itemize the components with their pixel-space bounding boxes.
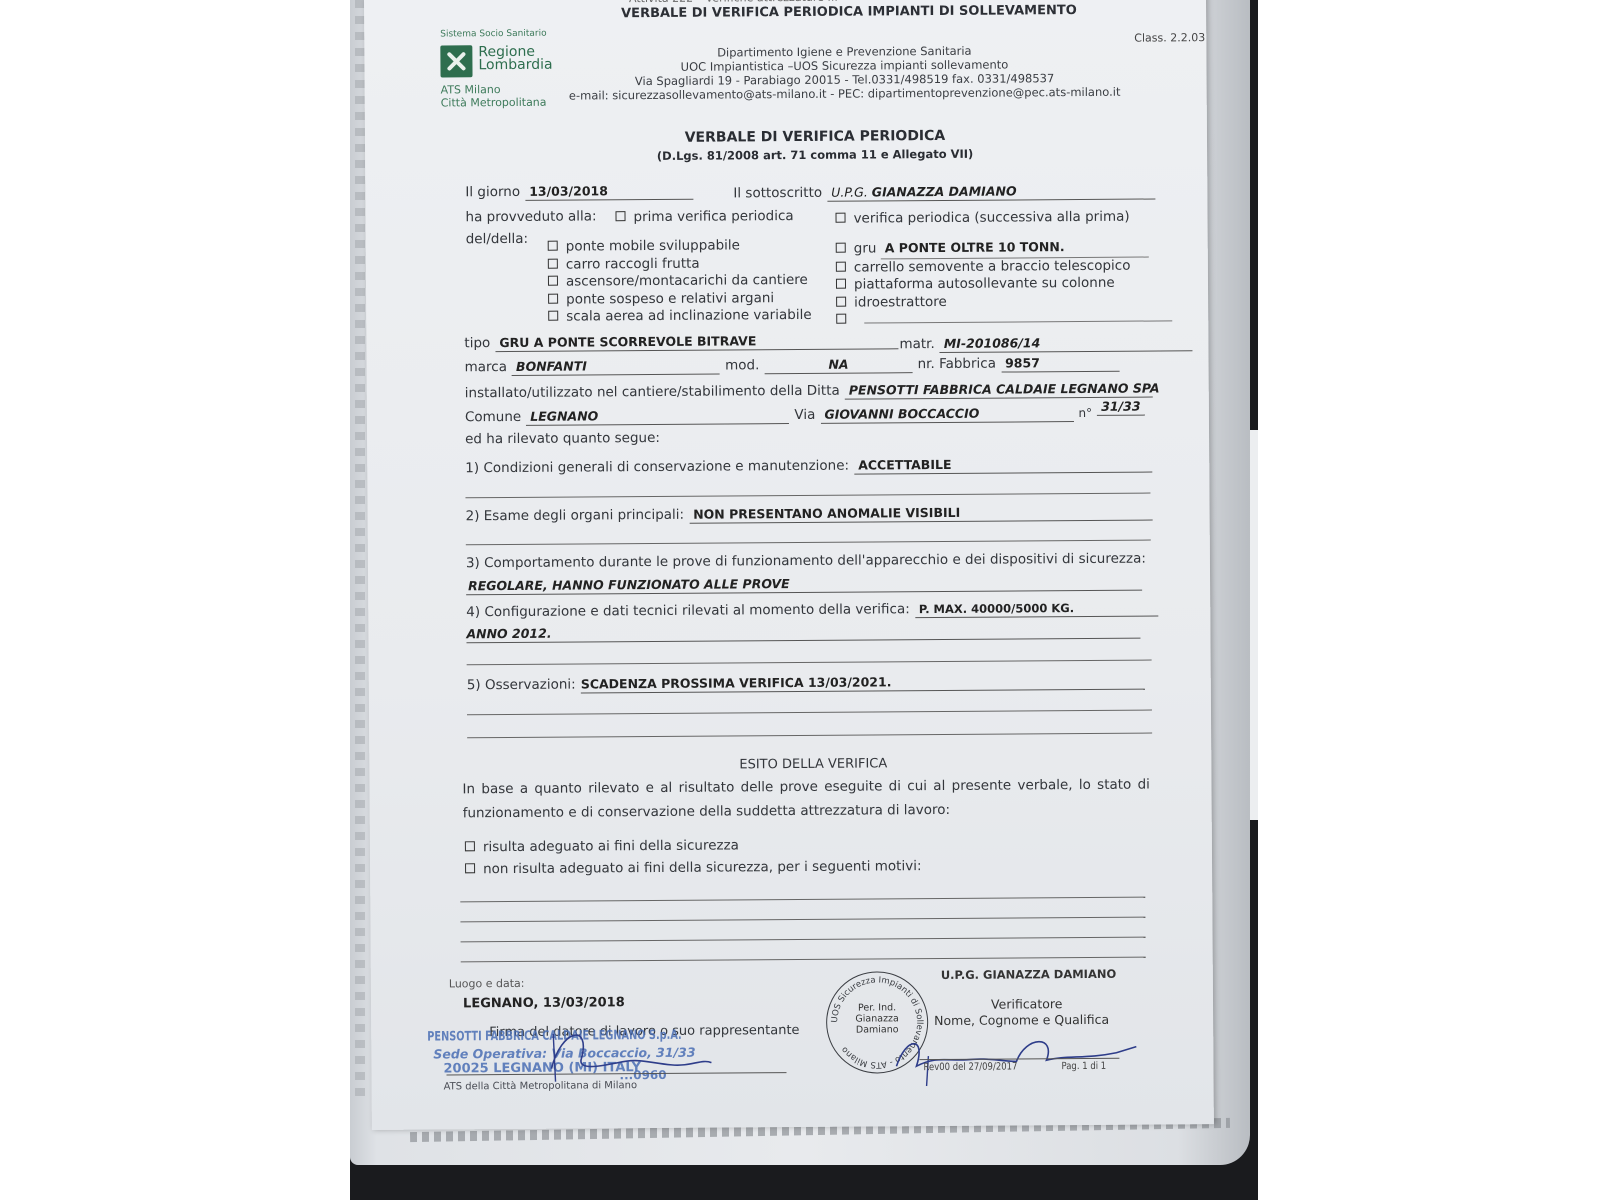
- finding-2: 2) Esame degli organi principali: NON PR…: [466, 501, 1153, 526]
- classification-code: Class. 2.2.03: [1134, 31, 1205, 44]
- number-field: 31/33: [1097, 399, 1145, 416]
- checkbox-icon[interactable]: [836, 279, 846, 289]
- blank-line: [466, 540, 1151, 546]
- checkbox-icon[interactable]: [548, 311, 558, 321]
- equipment-option[interactable]: ponte sospeso e relativi argani: [548, 289, 812, 308]
- finding-value: P. MAX. 40000/5000 KG.: [915, 600, 1158, 618]
- document-heading: VERBALE DI VERIFICA PERIODICA IMPIANTI D…: [621, 3, 1077, 21]
- plastic-sleeve: Attività 222 – Verifiche attrezzature ..…: [350, 0, 1250, 1165]
- document-photo: G n n° n° o d one Attività 222 – Verific…: [350, 0, 1258, 1200]
- blank-line: [467, 733, 1152, 739]
- signer-row: Il sottoscritto U.P.G. GIANAZZA DAMIANO: [733, 179, 1155, 202]
- gru-label: gru: [854, 240, 877, 256]
- city-label: Comune: [465, 409, 521, 425]
- equipment-option[interactable]: scala aerea ad inclinazione variabile: [548, 307, 812, 326]
- street-field: GIOVANNI BOCCACCIO: [820, 405, 1073, 424]
- serial-row: matr. MI-201086/14: [899, 331, 1193, 353]
- date-row: Il giorno 13/03/2018: [465, 180, 693, 202]
- checkbox-icon[interactable]: [548, 241, 558, 251]
- page-number: Pag. 1 di 1: [1061, 1061, 1106, 1072]
- checkbox-icon[interactable]: [836, 243, 846, 253]
- check-periodic-verification[interactable]: verifica periodica (successiva alla prim…: [835, 209, 1129, 227]
- checkbox-icon[interactable]: [836, 296, 846, 306]
- equipment-left-list: ponte mobile sviluppabile carro raccogli…: [548, 237, 812, 326]
- verifier-name: U.P.G. GIANAZZA DAMIANO: [941, 967, 1116, 982]
- reason-line: [461, 957, 1146, 963]
- finding-value: NON PRESENTANO ANOMALIE VISIBILI: [689, 504, 1152, 524]
- street-label: Via: [794, 407, 815, 423]
- sleeve-perforation: [355, 0, 365, 1100]
- equipment-label: scala aerea ad inclinazione variabile: [566, 307, 812, 325]
- installed-label: installato/utilizzato nel cantiere/stabi…: [465, 383, 840, 402]
- finding-label: 4) Configurazione e dati tecnici rilevat…: [466, 601, 910, 620]
- checkbox-icon[interactable]: [548, 276, 558, 286]
- verifier-role: Verificatore: [991, 996, 1063, 1011]
- date-label: Il giorno: [465, 184, 520, 200]
- serial-label: matr.: [899, 336, 934, 352]
- equipment-right-list: gru A PONTE OLTRE 10 TONN. carrello semo…: [836, 237, 1173, 329]
- equipment-label: ponte mobile sviluppabile: [566, 237, 740, 254]
- outcome-paragraph-2: funzionamento e di conservazione della s…: [463, 802, 951, 821]
- type-field: GRU A PONTE SCORREVOLE BITRAVE: [495, 332, 898, 352]
- type-row: tipo GRU A PONTE SCORREVOLE BITRAVE: [464, 329, 898, 352]
- date-field: 13/03/2018: [525, 183, 693, 201]
- logo-ats-line2: Città Metropolitana: [441, 96, 547, 110]
- brand-label: marca: [465, 359, 507, 375]
- checkbox-icon[interactable]: [836, 261, 846, 271]
- finding-5: 5) Osservazioni: SCADENZA PROSSIMA VERIF…: [467, 670, 1145, 695]
- checkbox-icon[interactable]: [548, 293, 558, 303]
- outcome-option-not-ok[interactable]: non risulta adeguato ai fini della sicur…: [465, 858, 922, 877]
- finding-value: ANNO 2012.: [466, 622, 1140, 644]
- reason-line: [460, 897, 1145, 903]
- brand-row: marca BONFANTI mod. NA nr. Fabbrica 9857: [464, 352, 1119, 377]
- outcome-option-ok[interactable]: risulta adeguato ai fini della sicurezza: [465, 837, 739, 855]
- finding-value: REGOLARE, HANNO FUNZIONATO ALLE PROVE: [466, 574, 1142, 596]
- finding-3: REGOLARE, HANNO FUNZIONATO ALLE PROVE: [466, 571, 1142, 596]
- company-row: installato/utilizzato nel cantiere/stabi…: [465, 378, 1153, 403]
- logo-region: Regione Lombardia: [478, 46, 552, 73]
- equipment-label: carro raccogli frutta: [566, 255, 700, 272]
- department-block: Dipartimento Igiene e Prevenzione Sanita…: [564, 43, 1124, 103]
- logo-system-text: Sistema Socio Sanitario: [440, 29, 546, 40]
- department-contact: e-mail: sicurezzasollevamento@ats-milano…: [565, 85, 1125, 103]
- form-subtitle: (D.Lgs. 81/2008 art. 71 comma 11 e Alleg…: [565, 146, 1065, 163]
- checkbox-icon[interactable]: [835, 213, 845, 223]
- checkbox-icon[interactable]: [615, 211, 625, 221]
- check-first-verification[interactable]: prima verifica periodica: [615, 208, 793, 225]
- type-label: tipo: [464, 335, 490, 351]
- regione-lombardia-logo-icon: [440, 45, 472, 77]
- finding-label: 1) Condizioni generali di conservazione …: [465, 458, 849, 477]
- blank-line: [467, 710, 1152, 716]
- factory-field: 9857: [1001, 355, 1119, 373]
- equipment-label: ponte sospeso e relativi argani: [566, 290, 774, 307]
- finding-label: 5) Osservazioni:: [467, 677, 576, 694]
- equipment-label: ascensore/montacarichi da cantiere: [566, 272, 808, 290]
- finding-4-line2: ANNO 2012.: [466, 619, 1140, 644]
- equipment-label: piattaforma autosollevante su colonne: [854, 275, 1115, 293]
- stamp-center-line: Gianazza: [827, 1013, 927, 1025]
- reason-line: [461, 937, 1146, 943]
- signer-prefix: U.P.G.: [831, 184, 868, 199]
- signer-label: Il sottoscritto: [733, 185, 822, 202]
- model-label: mod.: [725, 357, 759, 373]
- logo-ats: ATS Milano Città Metropolitana: [441, 83, 547, 110]
- outcome-ok-label: risulta adeguato ai fini della sicurezza: [483, 837, 739, 855]
- verifier-signature: [886, 1025, 1146, 1087]
- check-periodic-label: verifica periodica (successiva alla prim…: [853, 209, 1129, 227]
- place-date-label: Luogo e data:: [449, 977, 525, 991]
- logo-region-line2: Lombardia: [478, 59, 552, 73]
- finding-4: 4) Configurazione e dati tecnici rilevat…: [466, 596, 1158, 621]
- equipment-option-gru[interactable]: gru A PONTE OLTRE 10 TONN.: [836, 237, 1172, 259]
- checkbox-icon[interactable]: [465, 841, 475, 851]
- outcome-paragraph-1: In base a quanto rilevato e al risultato…: [462, 777, 1150, 798]
- of-label: del/della:: [466, 231, 528, 247]
- employer-signature: [531, 1022, 731, 1083]
- outcome-not-ok-label: non risulta adeguato ai fini della sicur…: [483, 858, 922, 877]
- check-first-label: prima verifica periodica: [633, 208, 793, 225]
- checkbox-icon[interactable]: [465, 863, 475, 873]
- blank-line: [465, 493, 1150, 499]
- other-field[interactable]: [864, 319, 1172, 323]
- equipment-option[interactable]: carro raccogli frutta: [548, 254, 812, 273]
- place-date-value: LEGNANO, 13/03/2018: [463, 995, 625, 1011]
- equipment-option[interactable]: carrello semovente a braccio telescopico: [836, 257, 1172, 277]
- form-title: VERBALE DI VERIFICA PERIODICA: [565, 127, 1065, 146]
- equipment-option[interactable]: ponte mobile sviluppabile: [548, 237, 812, 256]
- finding-3-label: 3) Comportamento durante le prove di fun…: [466, 551, 1146, 572]
- revision-text: Rev00 del 27/09/2017: [923, 1061, 1017, 1073]
- equipment-option[interactable]: ascensore/montacarichi da cantiere: [548, 272, 812, 291]
- address-row: Comune LEGNANO Via GIOVANNI BOCCACCIO n°…: [465, 402, 1145, 427]
- stamp-center-line: Per. Ind.: [827, 1002, 927, 1014]
- brand-field: BONFANTI: [512, 358, 720, 376]
- form-sheet: Attività 222 – Verifiche attrezzature ..…: [364, 0, 1214, 1130]
- city-field: LEGNANO: [526, 407, 789, 426]
- serial-field: MI-201086/14: [940, 334, 1193, 353]
- equipment-label: idroestrattore: [854, 293, 947, 310]
- model-field: NA: [764, 356, 912, 374]
- gru-field: A PONTE OLTRE 10 TONN.: [881, 238, 1149, 259]
- signer-field: GIANAZZA DAMIANO: [872, 183, 1017, 199]
- reason-line: [460, 917, 1145, 923]
- provided-label: ha provveduto alla:: [465, 208, 596, 225]
- finding-1: 1) Condizioni generali di conservazione …: [465, 453, 1152, 478]
- finding-value: SCADENZA PROSSIMA VERIFICA 13/03/2021.: [581, 673, 1145, 694]
- blank-line: [467, 660, 1152, 666]
- outcome-heading: ESITO DELLA VERIFICA: [739, 756, 887, 772]
- number-label: n°: [1078, 406, 1092, 420]
- checkbox-icon[interactable]: [548, 258, 558, 268]
- finding-value: ACCETTABILE: [854, 456, 1152, 475]
- found-label: ed ha rilevato quanto segue:: [465, 430, 660, 447]
- finding-label: 2) Esame degli organi principali:: [466, 507, 685, 525]
- checkbox-icon[interactable]: [836, 314, 846, 324]
- equipment-label: carrello semovente a braccio telescopico: [854, 257, 1131, 275]
- company-field: PENSOTTI FABBRICA CALDAIE LEGNANO SPA: [845, 381, 1153, 400]
- factory-label: nr. Fabbrica: [918, 356, 997, 373]
- equipment-option-other[interactable]: [836, 309, 1172, 329]
- logo-ats-line1: ATS Milano: [441, 83, 547, 97]
